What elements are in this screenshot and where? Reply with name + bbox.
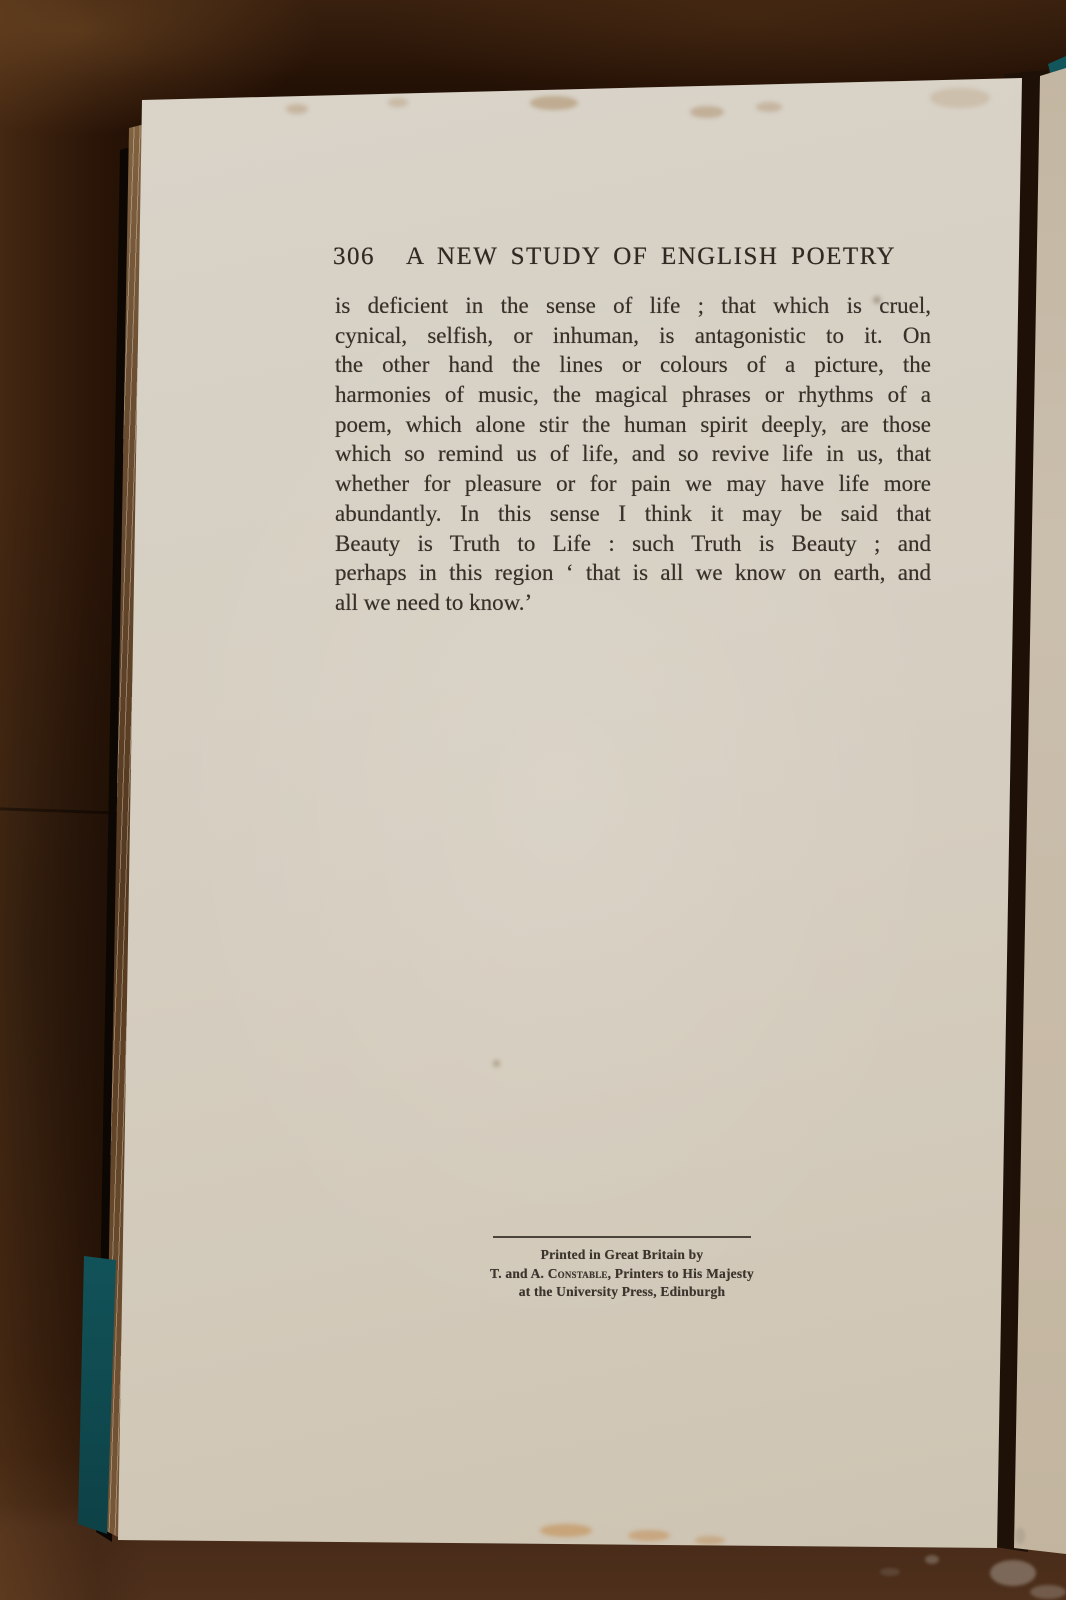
foxing-stain: [930, 88, 990, 108]
colophon-line: Printed in Great Britain by: [420, 1246, 824, 1265]
body-line: all we need to know.’: [335, 588, 931, 618]
body-paragraph: is deficient in the sense of life ; that…: [335, 291, 931, 618]
body-line: perhaps in this region ‘ that is all we …: [335, 558, 931, 588]
colophon-text: , Printers to His Majesty: [608, 1266, 754, 1281]
page-edge-shading: [0, 0, 1066, 1600]
body-line: poem, which alone stir the human spirit …: [335, 410, 931, 440]
foxing-stain: [530, 96, 578, 110]
body-line: cynical, selfish, or inhuman, is antagon…: [335, 321, 931, 351]
colophon-line: T. and A. Constable, Printers to His Maj…: [420, 1265, 824, 1284]
page-number: 306: [333, 243, 375, 271]
foxing-stain: [756, 102, 782, 112]
body-line: Beauty is Truth to Life : such Truth is …: [335, 529, 931, 559]
colophon-line: at the University Press, Edinburgh: [420, 1283, 824, 1302]
tape-glint: [1015, 1528, 1025, 1544]
tape-glint: [990, 1560, 1036, 1586]
body-line: whether for pleasure or for pain we may …: [335, 469, 931, 499]
foxing-stain: [628, 1530, 670, 1541]
running-title: A NEW STUDY OF ENGLISH POETRY: [381, 243, 921, 271]
body-line: is deficient in the sense of life ; that…: [335, 291, 931, 321]
foxing-stain: [493, 1060, 500, 1067]
foxing-stain: [388, 98, 408, 107]
printer-colophon: Printed in Great Britain by T. and A. Co…: [420, 1246, 824, 1302]
book-page: 306 A NEW STUDY OF ENGLISH POETRY is def…: [0, 0, 1066, 1600]
body-line: harmonies of music, the magical phrases …: [335, 380, 931, 410]
tape-glint: [925, 1555, 939, 1564]
body-line: which so remind us of life, and so reviv…: [335, 439, 931, 469]
body-line: abundantly. In this sense I think it may…: [335, 499, 931, 529]
foxing-stain: [695, 1536, 725, 1545]
tape-glint: [1030, 1585, 1066, 1599]
photo-of-book-page: { "page": { "folio": "306", "running_tit…: [0, 0, 1066, 1600]
colophon-text: T. and A.: [490, 1266, 548, 1281]
colophon-rule: [493, 1236, 751, 1238]
foxing-stain: [540, 1524, 592, 1537]
printer-name: Constable: [548, 1266, 608, 1281]
tape-glint: [880, 1568, 900, 1576]
foxing-stain: [690, 106, 724, 118]
running-head: 306 A NEW STUDY OF ENGLISH POETRY: [333, 243, 931, 277]
body-line: the other hand the lines or colours of a…: [335, 350, 931, 380]
foxing-stain: [286, 104, 308, 114]
